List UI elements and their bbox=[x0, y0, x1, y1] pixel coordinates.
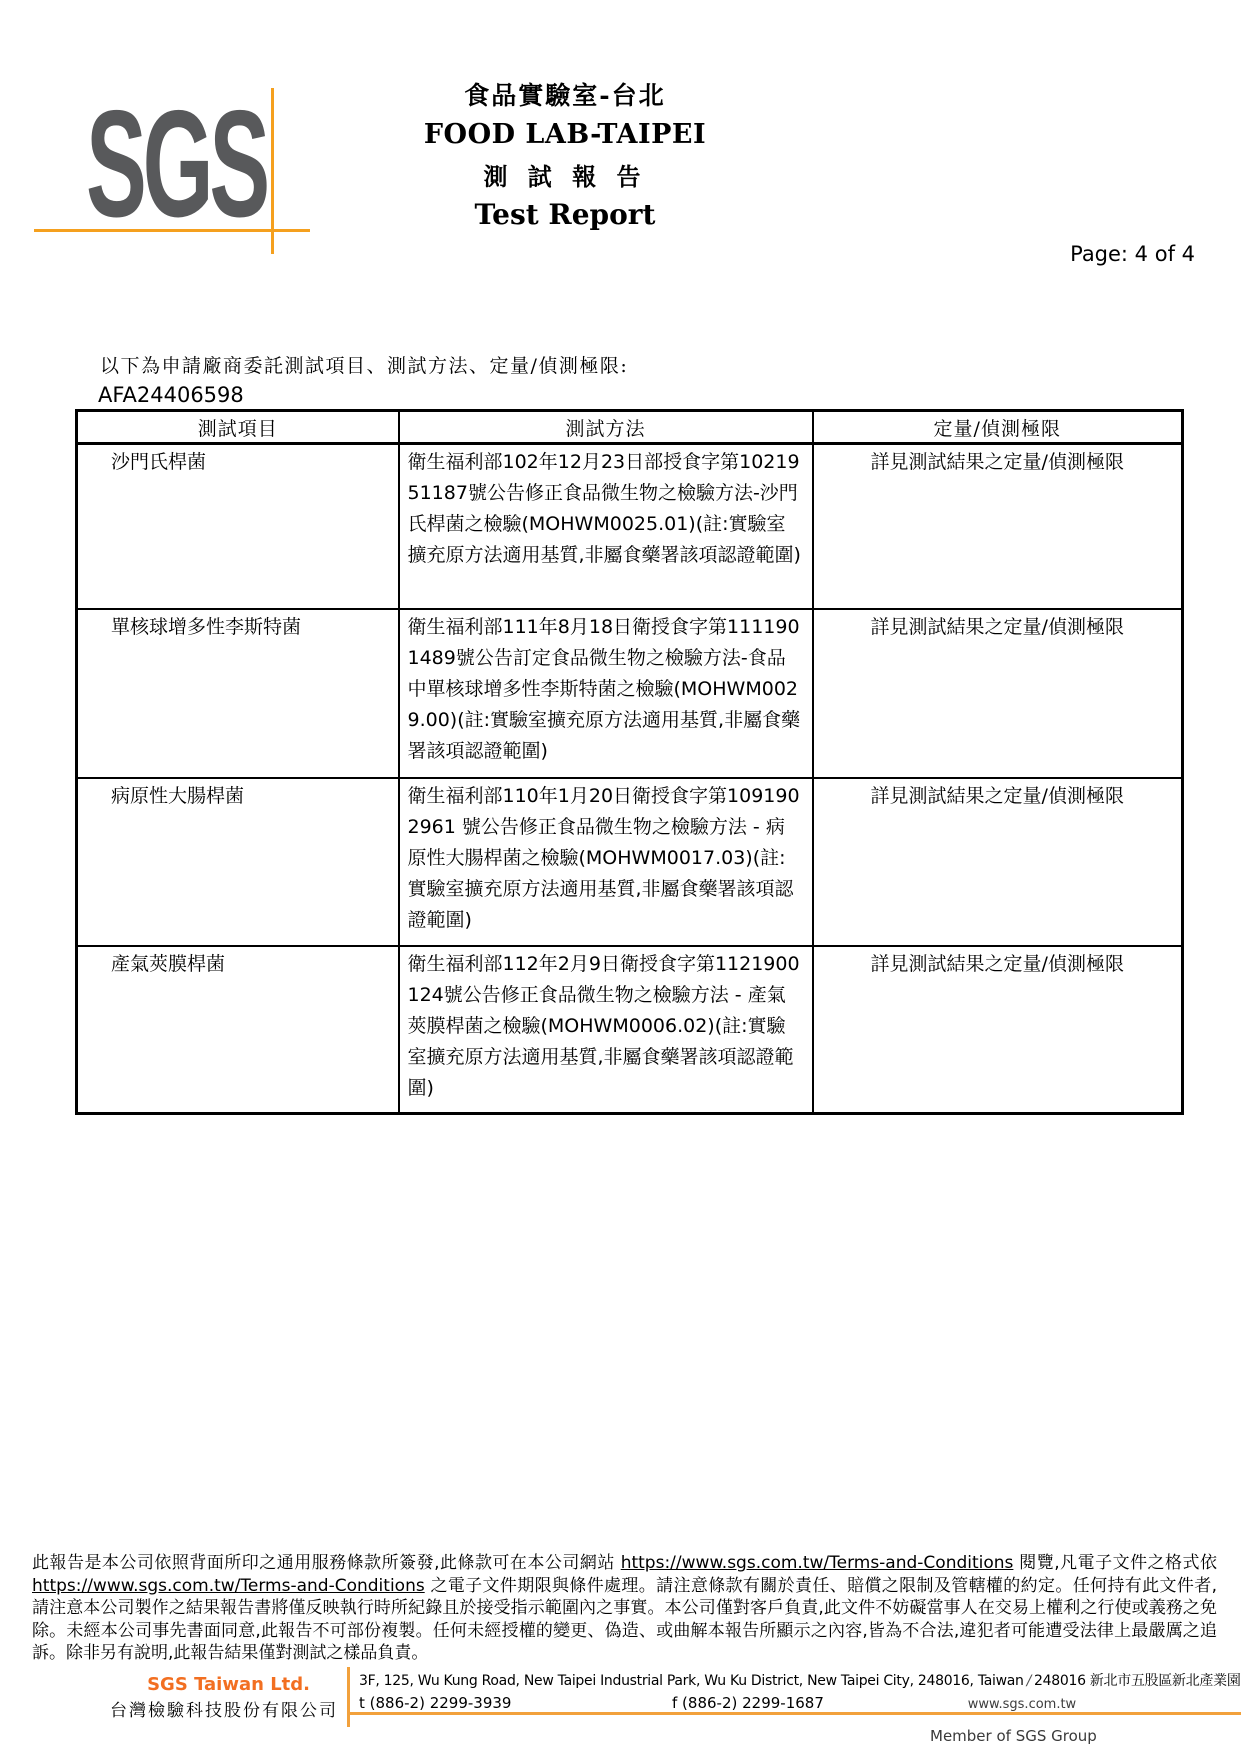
lab-title-en: FOOD LAB-TAIPEI bbox=[340, 119, 790, 150]
terms-and-conditions-link[interactable]: https://www.sgs.com.tw/Terms-and-Conditi… bbox=[621, 1553, 1014, 1573]
loq-lod-cell: 詳見測試結果之定量/偵測極限 bbox=[813, 444, 1183, 609]
sgs-logo-text: SGS bbox=[86, 100, 200, 228]
table-row: 沙門氏桿菌 衛生福利部102年12月23日部授食字第1021951187號公告修… bbox=[77, 444, 1183, 609]
table-row: 產氣莢膜桿菌 衛生福利部112年2月9日衛授食字第1121900124號公告修正… bbox=[77, 946, 1183, 1114]
sgs-logo-horizontal-line-icon bbox=[34, 229, 310, 232]
footer-brand: SGS Taiwan Ltd. bbox=[108, 1674, 310, 1695]
column-header-loq-lod: 定量/偵測極限 bbox=[813, 411, 1183, 444]
sgs-logo: SGS bbox=[86, 100, 276, 230]
disclaimer-paragraph: 此報告是本公司依照背面所印之通用服務條款所簽發,此條款可在本公司網站 https… bbox=[32, 1552, 1217, 1665]
loq-lod-cell: 詳見測試結果之定量/偵測極限 bbox=[813, 778, 1183, 946]
test-method-cell: 衛生福利部112年2月9日衛授食字第1121900124號公告修正食品微生物之檢… bbox=[399, 946, 813, 1114]
disclaimer-text: 閱覽,凡電子文件之格式依 bbox=[1013, 1553, 1217, 1573]
table-row: 單核球增多性李斯特菌 衛生福利部111年8月18日衛授食字第1111901489… bbox=[77, 609, 1183, 778]
report-title-zh: 測 試 報 告 bbox=[340, 157, 790, 192]
report-header: 食品實驗室-台北 FOOD LAB-TAIPEI 測 試 報 告 Test Re… bbox=[340, 76, 790, 231]
footer-company-name: 台灣檢驗科技股份有限公司 bbox=[110, 1696, 338, 1721]
loq-lod-cell: 詳見測試結果之定量/偵測極限 bbox=[813, 609, 1183, 778]
column-header-test-item: 測試項目 bbox=[77, 411, 399, 444]
test-methods-table: 測試項目 測試方法 定量/偵測極限 沙門氏桿菌 衛生福利部102年12月23日部… bbox=[75, 409, 1184, 1115]
report-number: AFA24406598 bbox=[98, 383, 244, 407]
page-number-label: Page: 4 of 4 bbox=[1070, 242, 1195, 266]
footer-vertical-line-icon bbox=[347, 1667, 350, 1727]
footer-address: 3F, 125, Wu Kung Road, New Taipei Indust… bbox=[359, 1670, 1219, 1690]
lab-title-zh: 食品實驗室-台北 bbox=[340, 76, 790, 112]
footer-fax: f (886-2) 2299-1687 bbox=[672, 1694, 824, 1712]
test-report-page: SGS 食品實驗室-台北 FOOD LAB-TAIPEI 測 試 報 告 Tes… bbox=[0, 0, 1241, 1755]
test-item-cell: 單核球增多性李斯特菌 bbox=[77, 609, 399, 778]
report-title-en: Test Report bbox=[340, 198, 790, 231]
table-row: 病原性大腸桿菌 衛生福利部110年1月20日衛授食字第1091902961 號公… bbox=[77, 778, 1183, 946]
footer-telephone: t (886-2) 2299-3939 bbox=[359, 1694, 511, 1712]
footer-horizontal-line-icon bbox=[347, 1712, 1241, 1715]
disclaimer-text: 此報告是本公司依照背面所印之通用服務條款所簽發,此條款可在本公司網站 bbox=[32, 1553, 621, 1573]
loq-lod-cell: 詳見測試結果之定量/偵測極限 bbox=[813, 946, 1183, 1114]
test-item-cell: 沙門氏桿菌 bbox=[77, 444, 399, 609]
column-header-test-method: 測試方法 bbox=[399, 411, 813, 444]
test-method-cell: 衛生福利部102年12月23日部授食字第1021951187號公告修正食品微生物… bbox=[399, 444, 813, 609]
footer-address-en: 3F, 125, Wu Kung Road, New Taipei Indust… bbox=[359, 1673, 1024, 1689]
test-method-cell: 衛生福利部111年8月18日衛授食字第1111901489號公告訂定食品微生物之… bbox=[399, 609, 813, 778]
footer-address-zh: 248016 新北市五股區新北產業園區五工路 125 號 3 樓 bbox=[1034, 1673, 1241, 1689]
test-method-cell: 衛生福利部110年1月20日衛授食字第1091902961 號公告修正食品微生物… bbox=[399, 778, 813, 946]
table-header-row: 測試項目 測試方法 定量/偵測極限 bbox=[77, 411, 1183, 444]
footer-member-label: Member of SGS Group bbox=[930, 1727, 1097, 1745]
footer-website-link[interactable]: www.sgs.com.tw bbox=[942, 1697, 1102, 1712]
footer-address-separator: / bbox=[1024, 1673, 1034, 1689]
test-item-cell: 產氣莢膜桿菌 bbox=[77, 946, 399, 1114]
intro-statement: 以下為申請廠商委託測試項目、測試方法、定量/偵測極限: bbox=[100, 351, 628, 378]
test-item-cell: 病原性大腸桿菌 bbox=[77, 778, 399, 946]
terms-and-conditions-link[interactable]: https://www.sgs.com.tw/Terms-and-Conditi… bbox=[32, 1576, 425, 1596]
